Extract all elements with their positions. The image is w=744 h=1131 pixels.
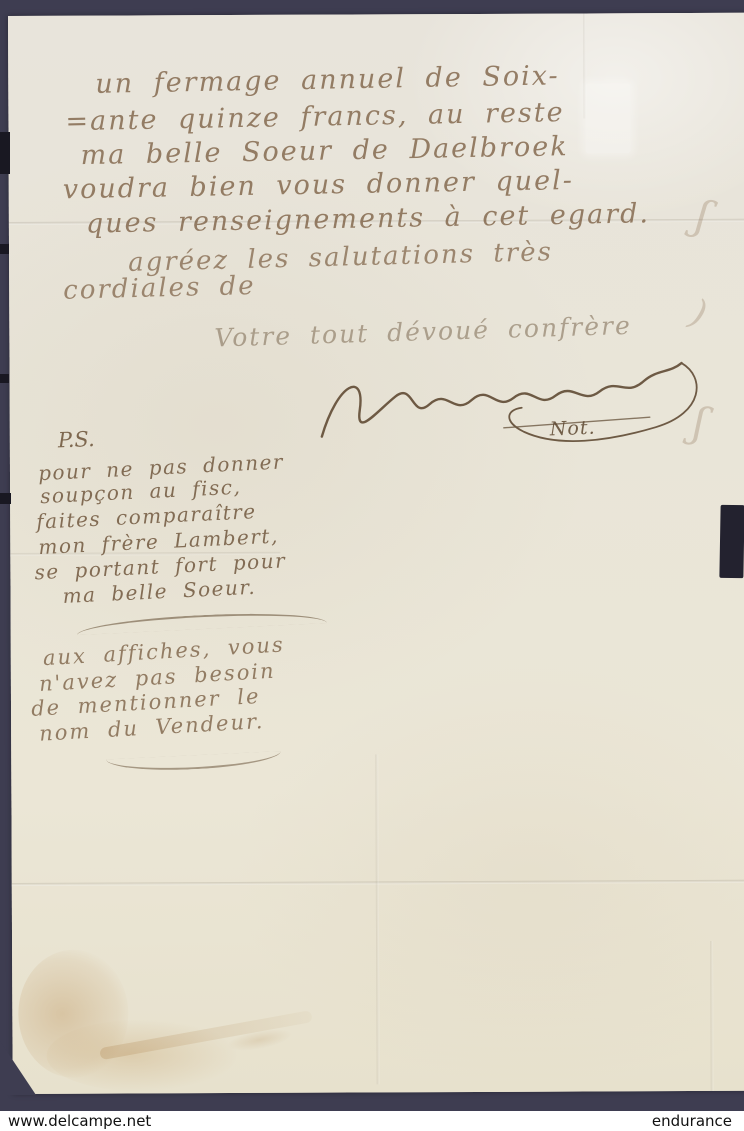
letter-line: ques renseignements à cet egard.: [86, 198, 651, 239]
letter-line: ma belle Soeur de Daelbroek: [80, 131, 568, 171]
edge-mark: [0, 244, 9, 254]
fold-crease: [710, 941, 714, 1091]
valediction-line: Votre tout dévoué confrère: [214, 311, 632, 353]
edge-mark: [0, 374, 9, 383]
signature-title: Not.: [549, 417, 596, 441]
fold-crease: [375, 754, 379, 1084]
closing-line: cordiales de: [63, 271, 256, 306]
ink-bleedthrough: ): [685, 292, 712, 335]
letter-line: =ante quinze francs, au reste: [65, 97, 565, 137]
divider-stroke: [106, 751, 281, 773]
ink-bleedthrough: ʃ: [691, 190, 714, 240]
letter-line: voudra bien vous donner quel-: [62, 165, 574, 205]
edge-mark: [0, 132, 10, 174]
watermark-bar: www.delcampe.net endurance: [0, 1111, 744, 1131]
letter-line: un fermage annuel de Soix-: [95, 60, 560, 100]
postscript-label: P.S.: [57, 427, 95, 452]
divider-stroke: [76, 609, 326, 635]
watermark-seller: endurance: [652, 1112, 732, 1130]
letter-paper: un fermage annuel de Soix- =ante quinze …: [8, 13, 744, 1094]
edge-mark: [0, 493, 11, 504]
embossed-stamp: [585, 83, 630, 153]
signature-flourish: [307, 351, 709, 461]
scanned-letter: un fermage annuel de Soix- =ante quinze …: [0, 0, 744, 1131]
edge-notch: [719, 505, 744, 578]
watermark-url: www.delcampe.net: [8, 1112, 151, 1130]
